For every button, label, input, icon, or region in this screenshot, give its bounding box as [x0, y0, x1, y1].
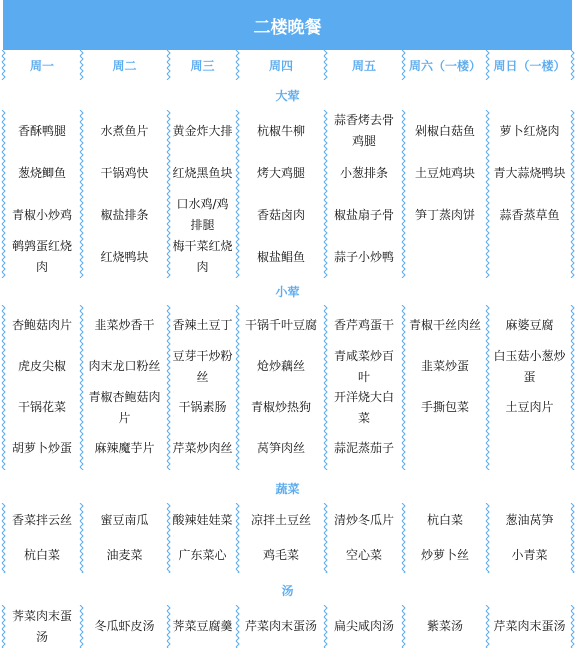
dish: 蒜子小炒鸭 [325, 236, 403, 278]
day-column: 麻婆豆腐 白玉菇小葱炒蛋 土豆肉片 [487, 305, 572, 470]
dish: 青椒炒热狗 [237, 387, 325, 428]
day-column: 杭白菜 炒萝卜丝 [403, 503, 487, 573]
day-column: 荠菜肉末蛋汤 [3, 605, 81, 648]
dish: 杭椒牛柳 [237, 110, 325, 152]
dish: 酸辣娃娃菜 [168, 503, 237, 538]
day-column: 荠菜豆腐羹 [168, 605, 237, 648]
day-column: 扁尖咸肉汤 [325, 605, 403, 648]
day-column: 凉拌土豆丝 鸡毛菜 [237, 503, 325, 573]
dish: 葱油莴笋 [487, 503, 572, 538]
dish: 广东菜心 [168, 538, 237, 573]
dish: 蒜泥蒸茄子 [325, 428, 403, 469]
day-header-wed: 周三 [168, 50, 237, 80]
day-column: 蒜香烤去骨鸡腿 小葱排条 椒盐扇子骨 蒜子小炒鸭 [325, 110, 403, 278]
dish: 虎皮尖椒 [3, 346, 81, 387]
dish: 荠菜豆腐羹 [168, 605, 237, 648]
day-header-sat: 周六（一楼） [403, 50, 487, 80]
section-soup: 荠菜肉末蛋汤 冬瓜虾皮汤 荠菜豆腐羹 芹菜肉末蛋汤 扁尖咸肉汤 紫菜汤 芹菜肉末… [3, 605, 572, 648]
day-header-tue: 周二 [81, 50, 168, 80]
dish: 荠菜肉末蛋汤 [3, 605, 81, 648]
day-column: 黄金炸大排 红烧黑鱼块 口水鸡/鸡排腿 梅干菜红烧肉 [168, 110, 237, 278]
dish: 韭菜炒香干 [81, 305, 168, 346]
day-column: 酸辣娃娃菜 广东菜心 [168, 503, 237, 573]
dish: 炒萝卜丝 [403, 538, 487, 573]
dish: 鹌鹑蛋红烧肉 [3, 236, 81, 278]
dish: 手撕包菜 [403, 387, 487, 428]
day-header-sun: 周日（一楼） [487, 50, 572, 80]
day-column: 香芹鸡蛋干 青咸菜炒百叶 开洋烧大白菜 蒜泥蒸茄子 [325, 305, 403, 470]
dish: 红烧黑鱼块 [168, 152, 237, 194]
dish: 芹菜肉末蛋汤 [487, 605, 572, 648]
menu-page: 二楼晚餐 周一 周二 周三 周四 周五 周六（一楼） 周日（一楼） 大荤 香酥鸭… [3, 0, 572, 648]
dish: 干锅素肠 [168, 387, 237, 428]
dish: 青椒干丝肉丝 [403, 305, 487, 346]
dish: 水煮鱼片 [81, 110, 168, 152]
section-vegetables: 香菜拌云丝 杭白菜 蜜豆南瓜 油麦菜 酸辣娃娃菜 广东菜心 凉拌土豆丝 鸡毛菜 … [3, 503, 572, 573]
section-label-side-meat: 小荤 [3, 278, 572, 305]
day-column: 萝卜红烧肉 青大蒜烧鸭块 蒜香蒸草鱼 [487, 110, 572, 278]
day-column: 杏鲍菇肉片 虎皮尖椒 干锅花菜 胡萝卜炒蛋 [3, 305, 81, 470]
dish: 小青菜 [487, 538, 572, 573]
dish: 香菇卤肉 [237, 194, 325, 236]
dish: 红烧鸭块 [81, 236, 168, 278]
dish: 蒜香蒸草鱼 [487, 194, 572, 236]
section-side-meat: 杏鲍菇肉片 虎皮尖椒 干锅花菜 胡萝卜炒蛋 韭菜炒香干 肉末龙口粉丝 青椒杏鲍菇… [3, 305, 572, 470]
dish: 油麦菜 [81, 538, 168, 573]
dish: 香芹鸡蛋干 [325, 305, 403, 346]
day-header-fri: 周五 [325, 50, 403, 80]
day-column: 香菜拌云丝 杭白菜 [3, 503, 81, 573]
dish: 烤大鸡腿 [237, 152, 325, 194]
dish: 小葱排条 [325, 152, 403, 194]
day-column: 蜜豆南瓜 油麦菜 [81, 503, 168, 573]
dish: 口水鸡/鸡排腿 [168, 194, 237, 236]
dish: 鸡毛菜 [237, 538, 325, 573]
page-title: 二楼晚餐 [3, 0, 572, 50]
section-label-main-meat: 大荤 [3, 80, 572, 110]
dish: 麻婆豆腐 [487, 305, 572, 346]
day-column: 剁椒白菇鱼 土豆炖鸡块 笋丁蒸肉饼 [403, 110, 487, 278]
dish: 香辣土豆丁 [168, 305, 237, 346]
dish: 开洋烧大白菜 [325, 387, 403, 428]
dish: 杭白菜 [3, 538, 81, 573]
dish: 椒盐扇子骨 [325, 194, 403, 236]
dish: 豆芽干炒粉丝 [168, 346, 237, 387]
day-column: 香酥鸭腿 葱烧鲫鱼 青椒小炒鸡 鹌鹑蛋红烧肉 [3, 110, 81, 278]
dish: 干锅花菜 [3, 387, 81, 428]
dish: 芹菜肉末蛋汤 [237, 605, 325, 648]
dish: 青咸菜炒百叶 [325, 346, 403, 387]
dish: 冬瓜虾皮汤 [81, 605, 168, 648]
dish: 杭白菜 [403, 503, 487, 538]
day-column: 芹菜肉末蛋汤 [237, 605, 325, 648]
dish: 干锅千叶豆腐 [237, 305, 325, 346]
day-header-row: 周一 周二 周三 周四 周五 周六（一楼） 周日（一楼） [3, 50, 572, 80]
day-header-thu: 周四 [237, 50, 325, 80]
dish: 青大蒜烧鸭块 [487, 152, 572, 194]
dish: 青椒小炒鸡 [3, 194, 81, 236]
dish: 土豆肉片 [487, 387, 572, 428]
section-main-meat: 香酥鸭腿 葱烧鲫鱼 青椒小炒鸡 鹌鹑蛋红烧肉 水煮鱼片 干锅鸡快 椒盐排条 红烧… [3, 110, 572, 278]
dish: 香酥鸭腿 [3, 110, 81, 152]
dish: 凉拌土豆丝 [237, 503, 325, 538]
day-header-mon: 周一 [3, 50, 81, 80]
dish: 笋丁蒸肉饼 [403, 194, 487, 236]
dish: 胡萝卜炒蛋 [3, 428, 81, 469]
dish: 莴笋肉丝 [237, 428, 325, 469]
dish: 韭菜炒蛋 [403, 346, 487, 387]
dish: 蜜豆南瓜 [81, 503, 168, 538]
dish: 炝炒藕丝 [237, 346, 325, 387]
day-column: 清炒冬瓜片 空心菜 [325, 503, 403, 573]
day-column: 干锅千叶豆腐 炝炒藕丝 青椒炒热狗 莴笋肉丝 [237, 305, 325, 470]
dish: 椒盐鲳鱼 [237, 236, 325, 278]
dish: 芹菜炒肉丝 [168, 428, 237, 469]
day-column: 冬瓜虾皮汤 [81, 605, 168, 648]
dish: 青椒杏鲍菇肉片 [81, 387, 168, 428]
dish: 杏鲍菇肉片 [3, 305, 81, 346]
dish: 肉末龙口粉丝 [81, 346, 168, 387]
dish: 蒜香烤去骨鸡腿 [325, 110, 403, 152]
dish: 空心菜 [325, 538, 403, 573]
dish: 香菜拌云丝 [3, 503, 81, 538]
day-column: 杭椒牛柳 烤大鸡腿 香菇卤肉 椒盐鲳鱼 [237, 110, 325, 278]
dish: 白玉菇小葱炒蛋 [487, 346, 572, 387]
day-column: 水煮鱼片 干锅鸡快 椒盐排条 红烧鸭块 [81, 110, 168, 278]
section-label-soup: 汤 [3, 573, 572, 605]
dish: 黄金炸大排 [168, 110, 237, 152]
section-label-vegetables: 蔬菜 [3, 470, 572, 503]
dish: 麻辣魔芋片 [81, 428, 168, 469]
dish: 椒盐排条 [81, 194, 168, 236]
day-column: 芹菜肉末蛋汤 [487, 605, 572, 648]
day-column: 紫菜汤 [403, 605, 487, 648]
dish: 清炒冬瓜片 [325, 503, 403, 538]
dish: 紫菜汤 [403, 605, 487, 648]
dish: 剁椒白菇鱼 [403, 110, 487, 152]
dish: 土豆炖鸡块 [403, 152, 487, 194]
day-column: 青椒干丝肉丝 韭菜炒蛋 手撕包菜 [403, 305, 487, 470]
day-column: 葱油莴笋 小青菜 [487, 503, 572, 573]
day-column: 韭菜炒香干 肉末龙口粉丝 青椒杏鲍菇肉片 麻辣魔芋片 [81, 305, 168, 470]
dish: 梅干菜红烧肉 [168, 236, 237, 278]
dish: 扁尖咸肉汤 [325, 605, 403, 648]
dish: 葱烧鲫鱼 [3, 152, 81, 194]
dish: 萝卜红烧肉 [487, 110, 572, 152]
day-column: 香辣土豆丁 豆芽干炒粉丝 干锅素肠 芹菜炒肉丝 [168, 305, 237, 470]
dish: 干锅鸡快 [81, 152, 168, 194]
